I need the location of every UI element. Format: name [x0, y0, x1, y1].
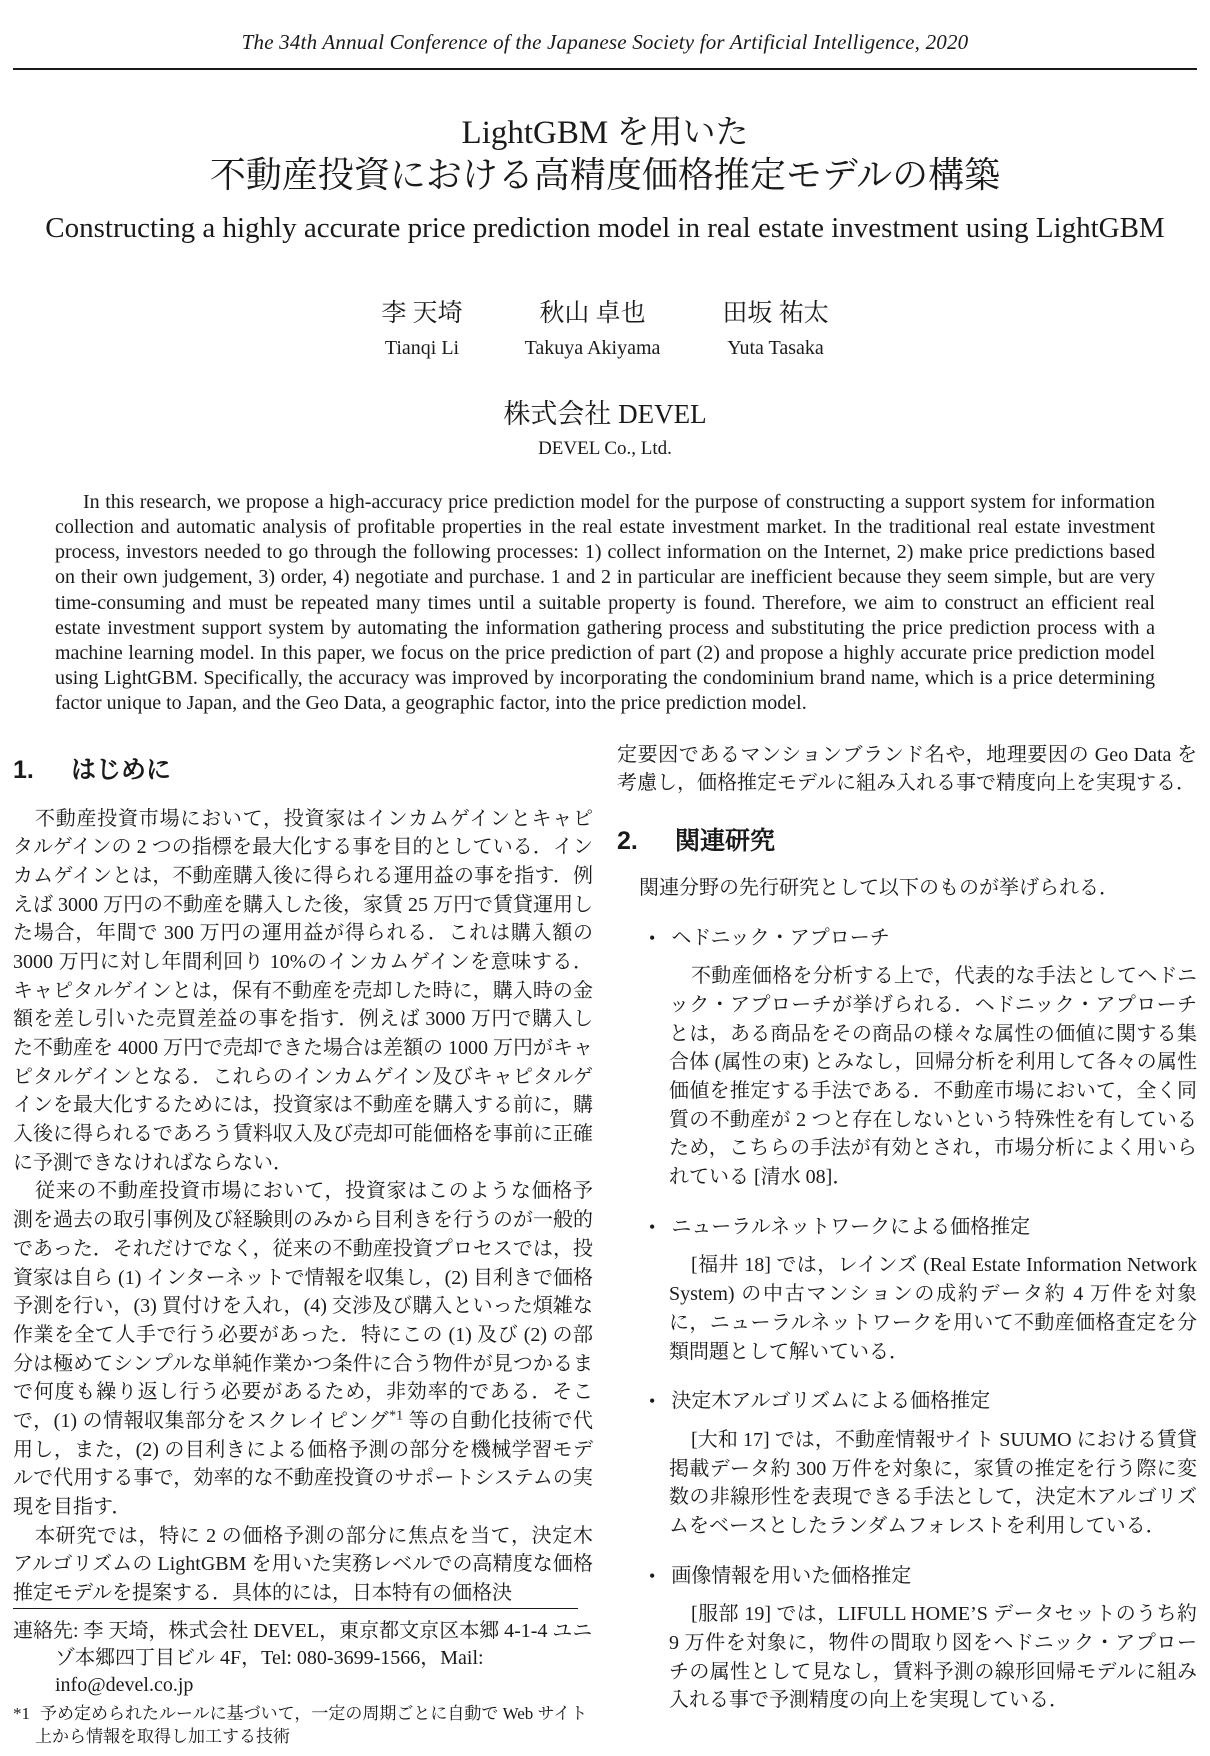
author-list: 李 天埼 Tianqi Li 秋山 卓也 Takuya Akiyama 田坂 祐… — [0, 293, 1210, 360]
footnote-ref: *1 — [389, 1408, 403, 1423]
section-2-heading: 2.関連研究 — [617, 826, 1197, 856]
list-item-title: 決定木アルゴリズムによる価格推定 — [671, 1390, 990, 1412]
section-2-intro: 関連分野の先行研究として以下のものが挙げられる． — [617, 874, 1197, 903]
author-name-ja: 李 天埼 — [381, 293, 462, 329]
list-item-label: •ヘドニック・アプローチ — [617, 924, 1197, 953]
author-2: 秋山 卓也 Takuya Akiyama — [525, 293, 661, 360]
paper-title-en: Constructing a highly accurate price pre… — [0, 212, 1210, 245]
paper-title-line2: 不動産投資における高精度価格推定モデルの構築 — [210, 155, 1000, 195]
author-name-ja: 秋山 卓也 — [525, 293, 661, 329]
list-item-image-info: •画像情報を用いた価格推定 [服部 19] では，LIFULL HOME’S デ… — [617, 1562, 1197, 1715]
paragraph-continuation: 定要因であるマンションブランド名や，地理要因の Geo Data を考慮し，価格… — [617, 741, 1197, 798]
list-item-body: [服部 19] では，LIFULL HOME’S データセットのうち約 9 万件… — [669, 1600, 1197, 1715]
two-column-body: 1.はじめに 不動産投資市場において，投資家はインカムゲインとキャピタルゲインの… — [0, 741, 1210, 1756]
section-1-heading: 1.はじめに — [13, 755, 593, 785]
section-number: 1. — [13, 755, 71, 785]
list-item-hedonic: •ヘドニック・アプローチ 不動産価格を分析する上で，代表的な手法としてヘドニック… — [617, 924, 1197, 1192]
footnote-divider — [13, 1608, 578, 1609]
list-item-label: •画像情報を用いた価格推定 — [617, 1562, 1197, 1591]
author-name-ja: 田坂 祐太 — [722, 293, 828, 329]
author-name-en: Takuya Akiyama — [525, 337, 661, 360]
list-item-title: ヘドニック・アプローチ — [671, 927, 889, 949]
paragraph: 不動産投資市場において，投資家はインカムゲインとキャピタルゲインの 2 つの指標… — [13, 805, 593, 1178]
paragraph: 本研究では，特に 2 の価格予測の部分に焦点を当て，決定木アルゴリズムの Lig… — [13, 1522, 593, 1608]
bullet-icon: • — [649, 1217, 655, 1237]
list-item-neural-network: •ニューラルネットワークによる価格推定 [福井 18] では，レインズ (Rea… — [617, 1213, 1197, 1366]
list-item-body: [福井 18] では，レインズ (Real Estate Information… — [669, 1251, 1197, 1366]
conference-header: The 34th Annual Conference of the Japane… — [0, 30, 1210, 55]
contact-info: 連絡先: 李 天埼，株式会社 DEVEL，東京都文京区本郷 4-1-4 ユニゾ本… — [13, 1618, 593, 1699]
header-divider — [13, 68, 1197, 70]
bullet-icon: • — [649, 1566, 655, 1586]
list-item-title: 画像情報を用いた価格推定 — [671, 1565, 911, 1587]
bullet-icon: • — [649, 1391, 655, 1411]
section-title: 関連研究 — [675, 827, 775, 855]
paragraph-text: 従来の不動産投資市場において，投資家はこのような価格予測を過去の取引事例及び経験… — [13, 1180, 593, 1432]
list-item-body: 不動産価格を分析する上で，代表的な手法としてヘドニック・アプローチが挙げられる．… — [669, 962, 1197, 1192]
affiliation-en: DEVEL Co., Ltd. — [0, 438, 1210, 460]
footnote-1: *1予め定められたルールに基づいて，一定の周期ごとに自動で Web サイト上から… — [13, 1703, 593, 1748]
list-item-label: •ニューラルネットワークによる価格推定 — [617, 1213, 1197, 1242]
list-item-title: ニューラルネットワークによる価格推定 — [671, 1216, 1030, 1238]
right-column: 定要因であるマンションブランド名や，地理要因の Geo Data を考慮し，価格… — [617, 741, 1197, 1749]
abstract: In this research, we propose a high-accu… — [55, 490, 1155, 717]
affiliation-ja: 株式会社 DEVEL — [0, 392, 1210, 431]
bullet-icon: • — [649, 928, 655, 948]
paper-title-ja: LightGBM を用いた不動産投資における高精度価格推定モデルの構築 — [0, 110, 1210, 198]
author-1: 李 天埼 Tianqi Li — [381, 293, 462, 360]
paragraph: 従来の不動産投資市場において，投資家はこのような価格予測を過去の取引事例及び経験… — [13, 1177, 593, 1521]
paper-title-line1: LightGBM を用いた — [462, 115, 749, 151]
author-3: 田坂 祐太 Yuta Tasaka — [722, 293, 828, 360]
section-title: はじめに — [71, 756, 171, 784]
footnote-block: 連絡先: 李 天埼，株式会社 DEVEL，東京都文京区本郷 4-1-4 ユニゾ本… — [13, 1608, 593, 1748]
list-item-body: [大和 17] では，不動産情報サイト SUUMO における賃貸掲載データ約 3… — [669, 1426, 1197, 1541]
list-item-decision-tree: •決定木アルゴリズムによる価格推定 [大和 17] では，不動産情報サイト SU… — [617, 1387, 1197, 1540]
footnote-mark: *1 — [13, 1704, 30, 1723]
footnote-text: 予め定められたルールに基づいて，一定の周期ごとに自動で Web サイト上から情報… — [35, 1704, 587, 1745]
author-name-en: Tianqi Li — [381, 337, 462, 360]
related-work-list: •ヘドニック・アプローチ 不動産価格を分析する上で，代表的な手法としてヘドニック… — [617, 924, 1197, 1716]
paper-page: The 34th Annual Conference of the Japane… — [0, 0, 1210, 1756]
left-column: 1.はじめに 不動産投資市場において，投資家はインカムゲインとキャピタルゲインの… — [13, 741, 593, 1749]
section-number: 2. — [617, 826, 675, 856]
affiliation: 株式会社 DEVEL DEVEL Co., Ltd. — [0, 392, 1210, 460]
list-item-label: •決定木アルゴリズムによる価格推定 — [617, 1387, 1197, 1416]
author-name-en: Yuta Tasaka — [722, 337, 828, 360]
